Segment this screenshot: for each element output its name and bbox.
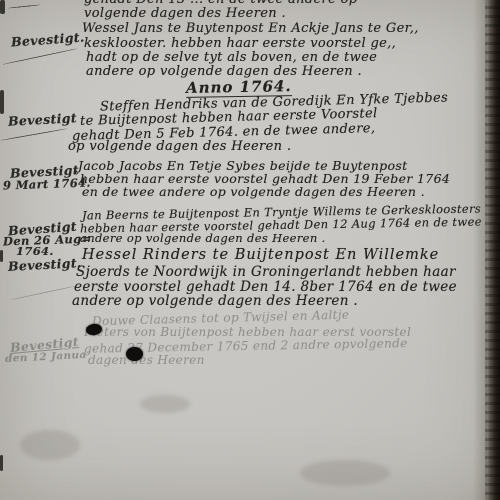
pencil-stroke (11, 285, 80, 301)
entry-line: Sjoerds te Noordwijk in Groningerlandt h… (76, 266, 456, 280)
entry-line: op volgende dagen des Heeren . (68, 140, 291, 153)
margin-note: Bevestigt. (8, 257, 82, 273)
margin-note: Bevestigt (8, 112, 78, 128)
page-edge-mark (0, 0, 5, 14)
page-edge-mark (0, 250, 3, 262)
entry-line: hadt op de selve tyt als boven, en de tw… (86, 51, 377, 64)
entry-line: andere op volgende dagen des Heeren . (86, 65, 362, 78)
paper-smudge (20, 430, 80, 460)
ink-blot (126, 347, 143, 361)
pen-flourish (8, 4, 40, 8)
entry-line: kesklooster. hebben haar eerste voorstel… (84, 37, 396, 50)
entry-line: Hessel Rinders te Buijtenpost En Willemk… (82, 248, 439, 263)
margin-note: den 12 Janua (5, 350, 87, 365)
margin-note: 9 Mart 1764. (3, 177, 91, 192)
entry-line: en de twee andere op volgende dagen des … (82, 186, 425, 199)
paper-smudge (140, 395, 190, 413)
page-binding-shadow (485, 0, 500, 500)
entry-line: Wessel Jans te Buytenpost En Ackje Jans … (82, 22, 419, 35)
paper-smudge (300, 460, 390, 486)
page-edge-mark (0, 455, 3, 471)
entry-line: dagen des Heeren (88, 354, 205, 366)
entry-line: andere op volgende dagen des Heeren . (72, 295, 358, 309)
entry-line: volgende dagen des Heeren . (84, 7, 286, 20)
entry-line: andere op volgende dagen des Heeren . (80, 233, 326, 245)
pen-flourish (3, 48, 78, 65)
pen-flourish (0, 128, 67, 141)
document-page: gehadt Den 13 ... en de twee andere op v… (0, 0, 500, 500)
page-edge-mark (0, 90, 4, 114)
margin-note: Bevestigt. (11, 31, 85, 49)
